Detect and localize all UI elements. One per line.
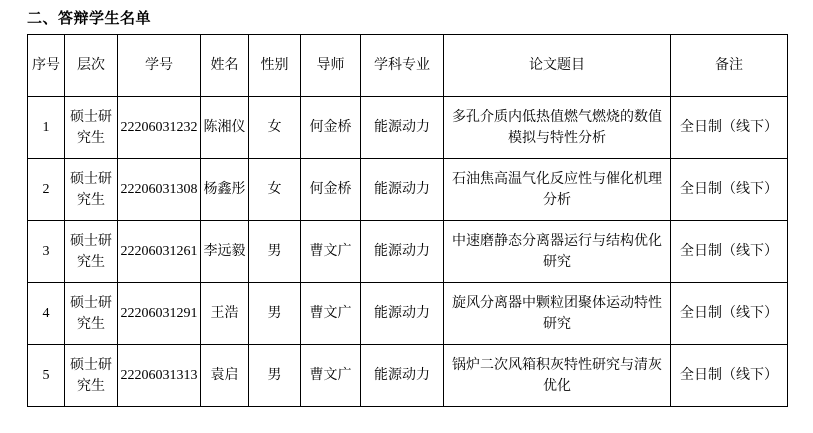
cell-name: 袁启 (201, 345, 249, 407)
cell-remark: 全日制（线下） (671, 159, 788, 221)
cell-advisor: 何金桥 (301, 97, 361, 159)
cell-major: 能源动力 (361, 159, 444, 221)
cell-major: 能源动力 (361, 221, 444, 283)
col-header-thesis-title: 论文题目 (444, 35, 671, 97)
cell-level: 硕士研究生 (65, 345, 118, 407)
cell-index: 1 (28, 97, 65, 159)
cell-index: 5 (28, 345, 65, 407)
cell-thesis-title: 旋风分离器中颗粒团聚体运动特性研究 (444, 283, 671, 345)
cell-advisor: 曹文广 (301, 221, 361, 283)
col-header-advisor: 导师 (301, 35, 361, 97)
cell-gender: 女 (249, 97, 301, 159)
cell-student-id: 22206031313 (118, 345, 201, 407)
cell-level: 硕士研究生 (65, 97, 118, 159)
cell-remark: 全日制（线下） (671, 97, 788, 159)
col-header-gender: 性别 (249, 35, 301, 97)
cell-thesis-title: 石油焦高温气化反应性与催化机理分析 (444, 159, 671, 221)
cell-major: 能源动力 (361, 345, 444, 407)
cell-gender: 男 (249, 221, 301, 283)
cell-thesis-title: 锅炉二次风箱积灰特性研究与清灰优化 (444, 345, 671, 407)
cell-advisor: 何金桥 (301, 159, 361, 221)
header-row: 序号 层次 学号 姓名 性别 导师 学科专业 论文题目 备注 (28, 35, 788, 97)
cell-gender: 男 (249, 345, 301, 407)
cell-name: 李远毅 (201, 221, 249, 283)
cell-index: 3 (28, 221, 65, 283)
col-header-level: 层次 (65, 35, 118, 97)
cell-thesis-title: 中速磨静态分离器运行与结构优化研究 (444, 221, 671, 283)
cell-level: 硕士研究生 (65, 283, 118, 345)
table-row: 3 硕士研究生 22206031261 李远毅 男 曹文广 能源动力 中速磨静态… (28, 221, 788, 283)
cell-level: 硕士研究生 (65, 221, 118, 283)
col-header-name: 姓名 (201, 35, 249, 97)
document-page: 二、答辩学生名单 序号 层次 学号 姓名 性别 导师 学科专业 论文题目 备注 … (0, 0, 813, 433)
section-title: 二、答辩学生名单 (27, 7, 813, 28)
cell-student-id: 22206031261 (118, 221, 201, 283)
cell-remark: 全日制（线下） (671, 221, 788, 283)
cell-index: 4 (28, 283, 65, 345)
col-header-remark: 备注 (671, 35, 788, 97)
col-header-index: 序号 (28, 35, 65, 97)
cell-major: 能源动力 (361, 283, 444, 345)
cell-name: 杨鑫彤 (201, 159, 249, 221)
col-header-major: 学科专业 (361, 35, 444, 97)
cell-gender: 男 (249, 283, 301, 345)
cell-gender: 女 (249, 159, 301, 221)
col-header-student-id: 学号 (118, 35, 201, 97)
table-row: 2 硕士研究生 22206031308 杨鑫彤 女 何金桥 能源动力 石油焦高温… (28, 159, 788, 221)
cell-advisor: 曹文广 (301, 345, 361, 407)
cell-level: 硕士研究生 (65, 159, 118, 221)
cell-remark: 全日制（线下） (671, 345, 788, 407)
cell-remark: 全日制（线下） (671, 283, 788, 345)
table-row: 1 硕士研究生 22206031232 陈湘仪 女 何金桥 能源动力 多孔介质内… (28, 97, 788, 159)
table-row: 5 硕士研究生 22206031313 袁启 男 曹文广 能源动力 锅炉二次风箱… (28, 345, 788, 407)
cell-student-id: 22206031232 (118, 97, 201, 159)
cell-thesis-title: 多孔介质内低热值燃气燃烧的数值模拟与特性分析 (444, 97, 671, 159)
cell-student-id: 22206031308 (118, 159, 201, 221)
student-roster-table: 序号 层次 学号 姓名 性别 导师 学科专业 论文题目 备注 1 硕士研究生 2… (27, 34, 788, 407)
table-row: 4 硕士研究生 22206031291 王浩 男 曹文广 能源动力 旋风分离器中… (28, 283, 788, 345)
cell-index: 2 (28, 159, 65, 221)
cell-student-id: 22206031291 (118, 283, 201, 345)
cell-name: 王浩 (201, 283, 249, 345)
cell-name: 陈湘仪 (201, 97, 249, 159)
cell-major: 能源动力 (361, 97, 444, 159)
cell-advisor: 曹文广 (301, 283, 361, 345)
